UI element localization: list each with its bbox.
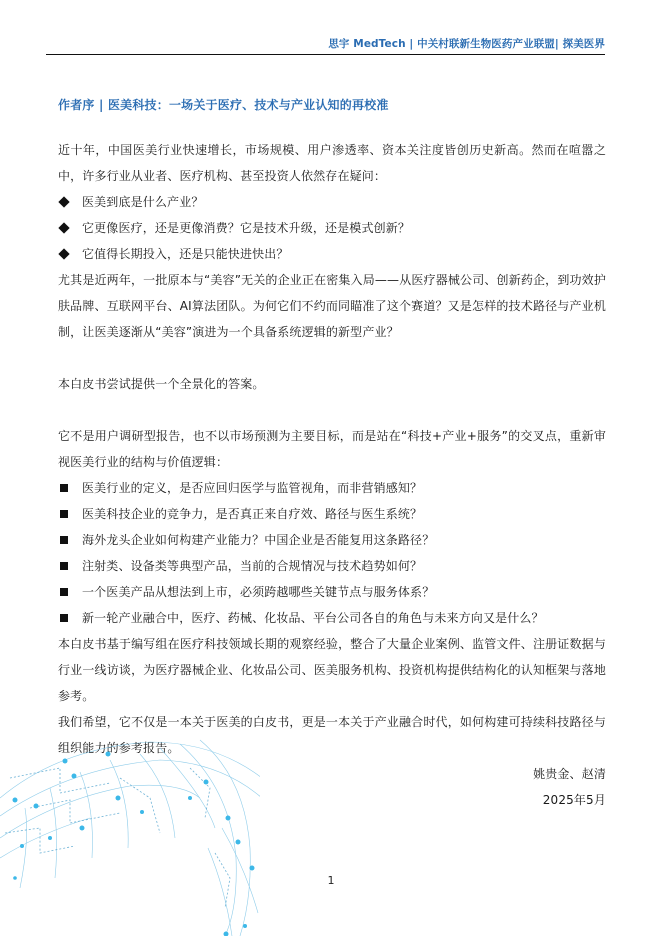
- square-bullet-icon: [60, 562, 68, 570]
- author-signature: 姚贵金、赵清: [58, 761, 606, 787]
- page-header: 思宇 MedTech | 中关村联新生物医药产业联盟| 探美医界: [46, 36, 605, 55]
- square-bullet-icon: [60, 588, 68, 596]
- page-number: 1: [0, 874, 662, 887]
- list-item: 医美行业的定义，是否应回归医学与监管视角，而非营销感知？: [58, 475, 606, 501]
- list-item-text: 医美到底是什么产业？: [82, 189, 204, 215]
- list-item-text: 它值得长期投入，还是只能快进快出？: [82, 241, 289, 267]
- context-paragraph: 尤其是近两年，一批原本与“美容”无关的企业正在密集入局——从医疗器械公司、创新药…: [58, 267, 606, 345]
- signature-date: 2025年5月: [58, 787, 606, 813]
- list-item-text: 医美科技企业的竞争力，是否真正来自疗效、路径与医生系统？: [82, 501, 422, 527]
- list-item-text: 注射类、设备类等典型产品，当前的合规情况与技术趋势如何？: [82, 553, 422, 579]
- question-list: 医美到底是什么产业？ 它更像医疗，还是更像消费？它是技术升级，还是模式创新？ 它…: [58, 189, 606, 267]
- diamond-bullet-icon: [58, 248, 69, 259]
- list-item-text: 医美行业的定义，是否应回归医学与监管视角，而非营销感知？: [82, 475, 422, 501]
- square-bullet-icon: [60, 614, 68, 622]
- topic-list: 医美行业的定义，是否应回归医学与监管视角，而非营销感知？ 医美科技企业的竞争力，…: [58, 475, 606, 631]
- diamond-bullet-icon: [58, 222, 69, 233]
- positioning-paragraph: 它不是用户调研型报告，也不以市场预测为主要目标，而是站在“科技+产业+服务”的交…: [58, 423, 606, 475]
- diamond-bullet-icon: [58, 196, 69, 207]
- square-bullet-icon: [60, 484, 68, 492]
- list-item-text: 海外龙头企业如何构建产业能力？中国企业是否能复用这条路径？: [82, 527, 434, 553]
- hope-paragraph: 我们希望，它不仅是一本关于医美的白皮书，更是一本关于产业融合时代，如何构建可持续…: [58, 709, 606, 761]
- list-item: 海外龙头企业如何构建产业能力？中国企业是否能复用这条路径？: [58, 527, 606, 553]
- preface-body: 近十年，中国医美行业快速增长，市场规模、用户渗透率、资本关注度皆创历史新高。然而…: [58, 137, 606, 813]
- answer-paragraph: 本白皮书尝试提供一个全景化的答案。: [58, 371, 606, 397]
- list-item-text: 新一轮产业融合中，医疗、药械、化妆品、平台公司各自的角色与未来方向又是什么？: [82, 605, 544, 631]
- section-title: 作者序 | 医美科技：一场关于医疗、技术与产业认知的再校准: [58, 97, 389, 113]
- list-item: 它更像医疗，还是更像消费？它是技术升级，还是模式创新？: [58, 215, 606, 241]
- square-bullet-icon: [60, 510, 68, 518]
- list-item-text: 一个医美产品从想法到上市，必须跨越哪些关键节点与服务体系？: [82, 579, 434, 605]
- list-item: 一个医美产品从想法到上市，必须跨越哪些关键节点与服务体系？: [58, 579, 606, 605]
- list-item: 医美到底是什么产业？: [58, 189, 606, 215]
- list-item: 注射类、设备类等典型产品，当前的合规情况与技术趋势如何？: [58, 553, 606, 579]
- intro-paragraph: 近十年，中国医美行业快速增长，市场规模、用户渗透率、资本关注度皆创历史新高。然而…: [58, 137, 606, 189]
- list-item-text: 它更像医疗，还是更像消费？它是技术升级，还是模式创新？: [82, 215, 410, 241]
- list-item: 医美科技企业的竞争力，是否真正来自疗效、路径与医生系统？: [58, 501, 606, 527]
- basis-paragraph: 本白皮书基于编写组在医疗科技领域长期的观察经验，整合了大量企业案例、监管文件、注…: [58, 631, 606, 709]
- square-bullet-icon: [60, 536, 68, 544]
- list-item: 它值得长期投入，还是只能快进快出？: [58, 241, 606, 267]
- list-item: 新一轮产业融合中，医疗、药械、化妆品、平台公司各自的角色与未来方向又是什么？: [58, 605, 606, 631]
